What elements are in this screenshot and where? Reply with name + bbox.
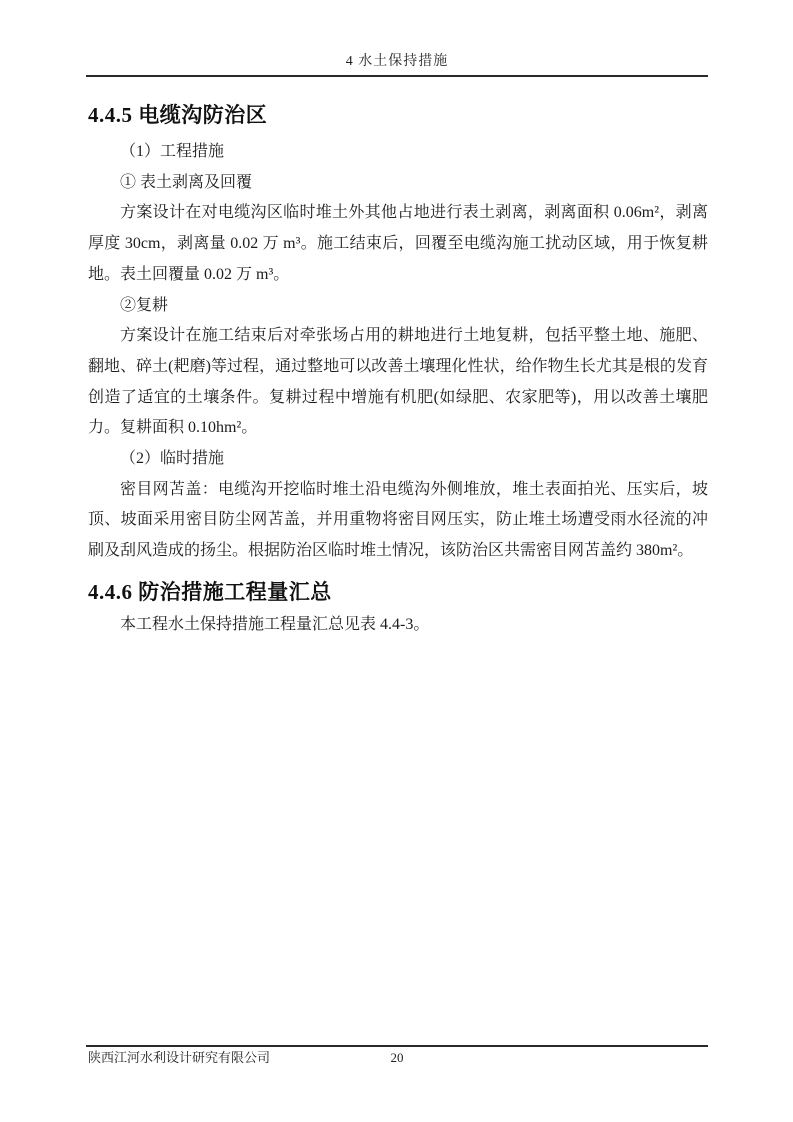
section-heading-4-4-5: 4.4.5 电缆沟防治区 <box>88 101 708 129</box>
subheading-engineering-measures: （1）工程措施 <box>88 137 708 168</box>
page-body: 4.4.5 电缆沟防治区 （1）工程措施 ① 表土剥离及回覆 方案设计在对电缆沟… <box>88 101 708 641</box>
subheading-temporary-measures: （2）临时措施 <box>88 444 708 475</box>
subheading-recultivation: ②复耕 <box>88 291 708 322</box>
paragraph-recultivation: 方案设计在施工结束后对牵张场占用的耕地进行土地复耕，包括平整土地、施肥、翻地、碎… <box>88 321 708 444</box>
section-heading-4-4-6: 4.4.6 防治措施工程量汇总 <box>88 578 708 606</box>
paragraph-summary-reference: 本工程水土保持措施工程量汇总见表 4.4-3。 <box>88 610 708 641</box>
paragraph-topsoil-stripping: 方案设计在对电缆沟区临时堆土外其他占地进行表土剥离，剥离面积 0.06m²，剥离… <box>88 198 708 290</box>
document-page: 4 水土保持措施 4.4.5 电缆沟防治区 （1）工程措施 ① 表土剥离及回覆 … <box>0 0 793 1122</box>
paragraph-temporary-measures: 密目网苫盖：电缆沟开挖临时堆土沿电缆沟外侧堆放，堆土表面拍光、压实后，坡顶、坡面… <box>88 475 708 567</box>
footer-rule <box>86 1045 708 1047</box>
footer-page-number: 20 <box>86 1049 708 1067</box>
header-rule <box>86 75 708 77</box>
subheading-topsoil-stripping: ① 表土剥离及回覆 <box>88 168 708 199</box>
page-header-title: 4 水土保持措施 <box>86 52 708 72</box>
